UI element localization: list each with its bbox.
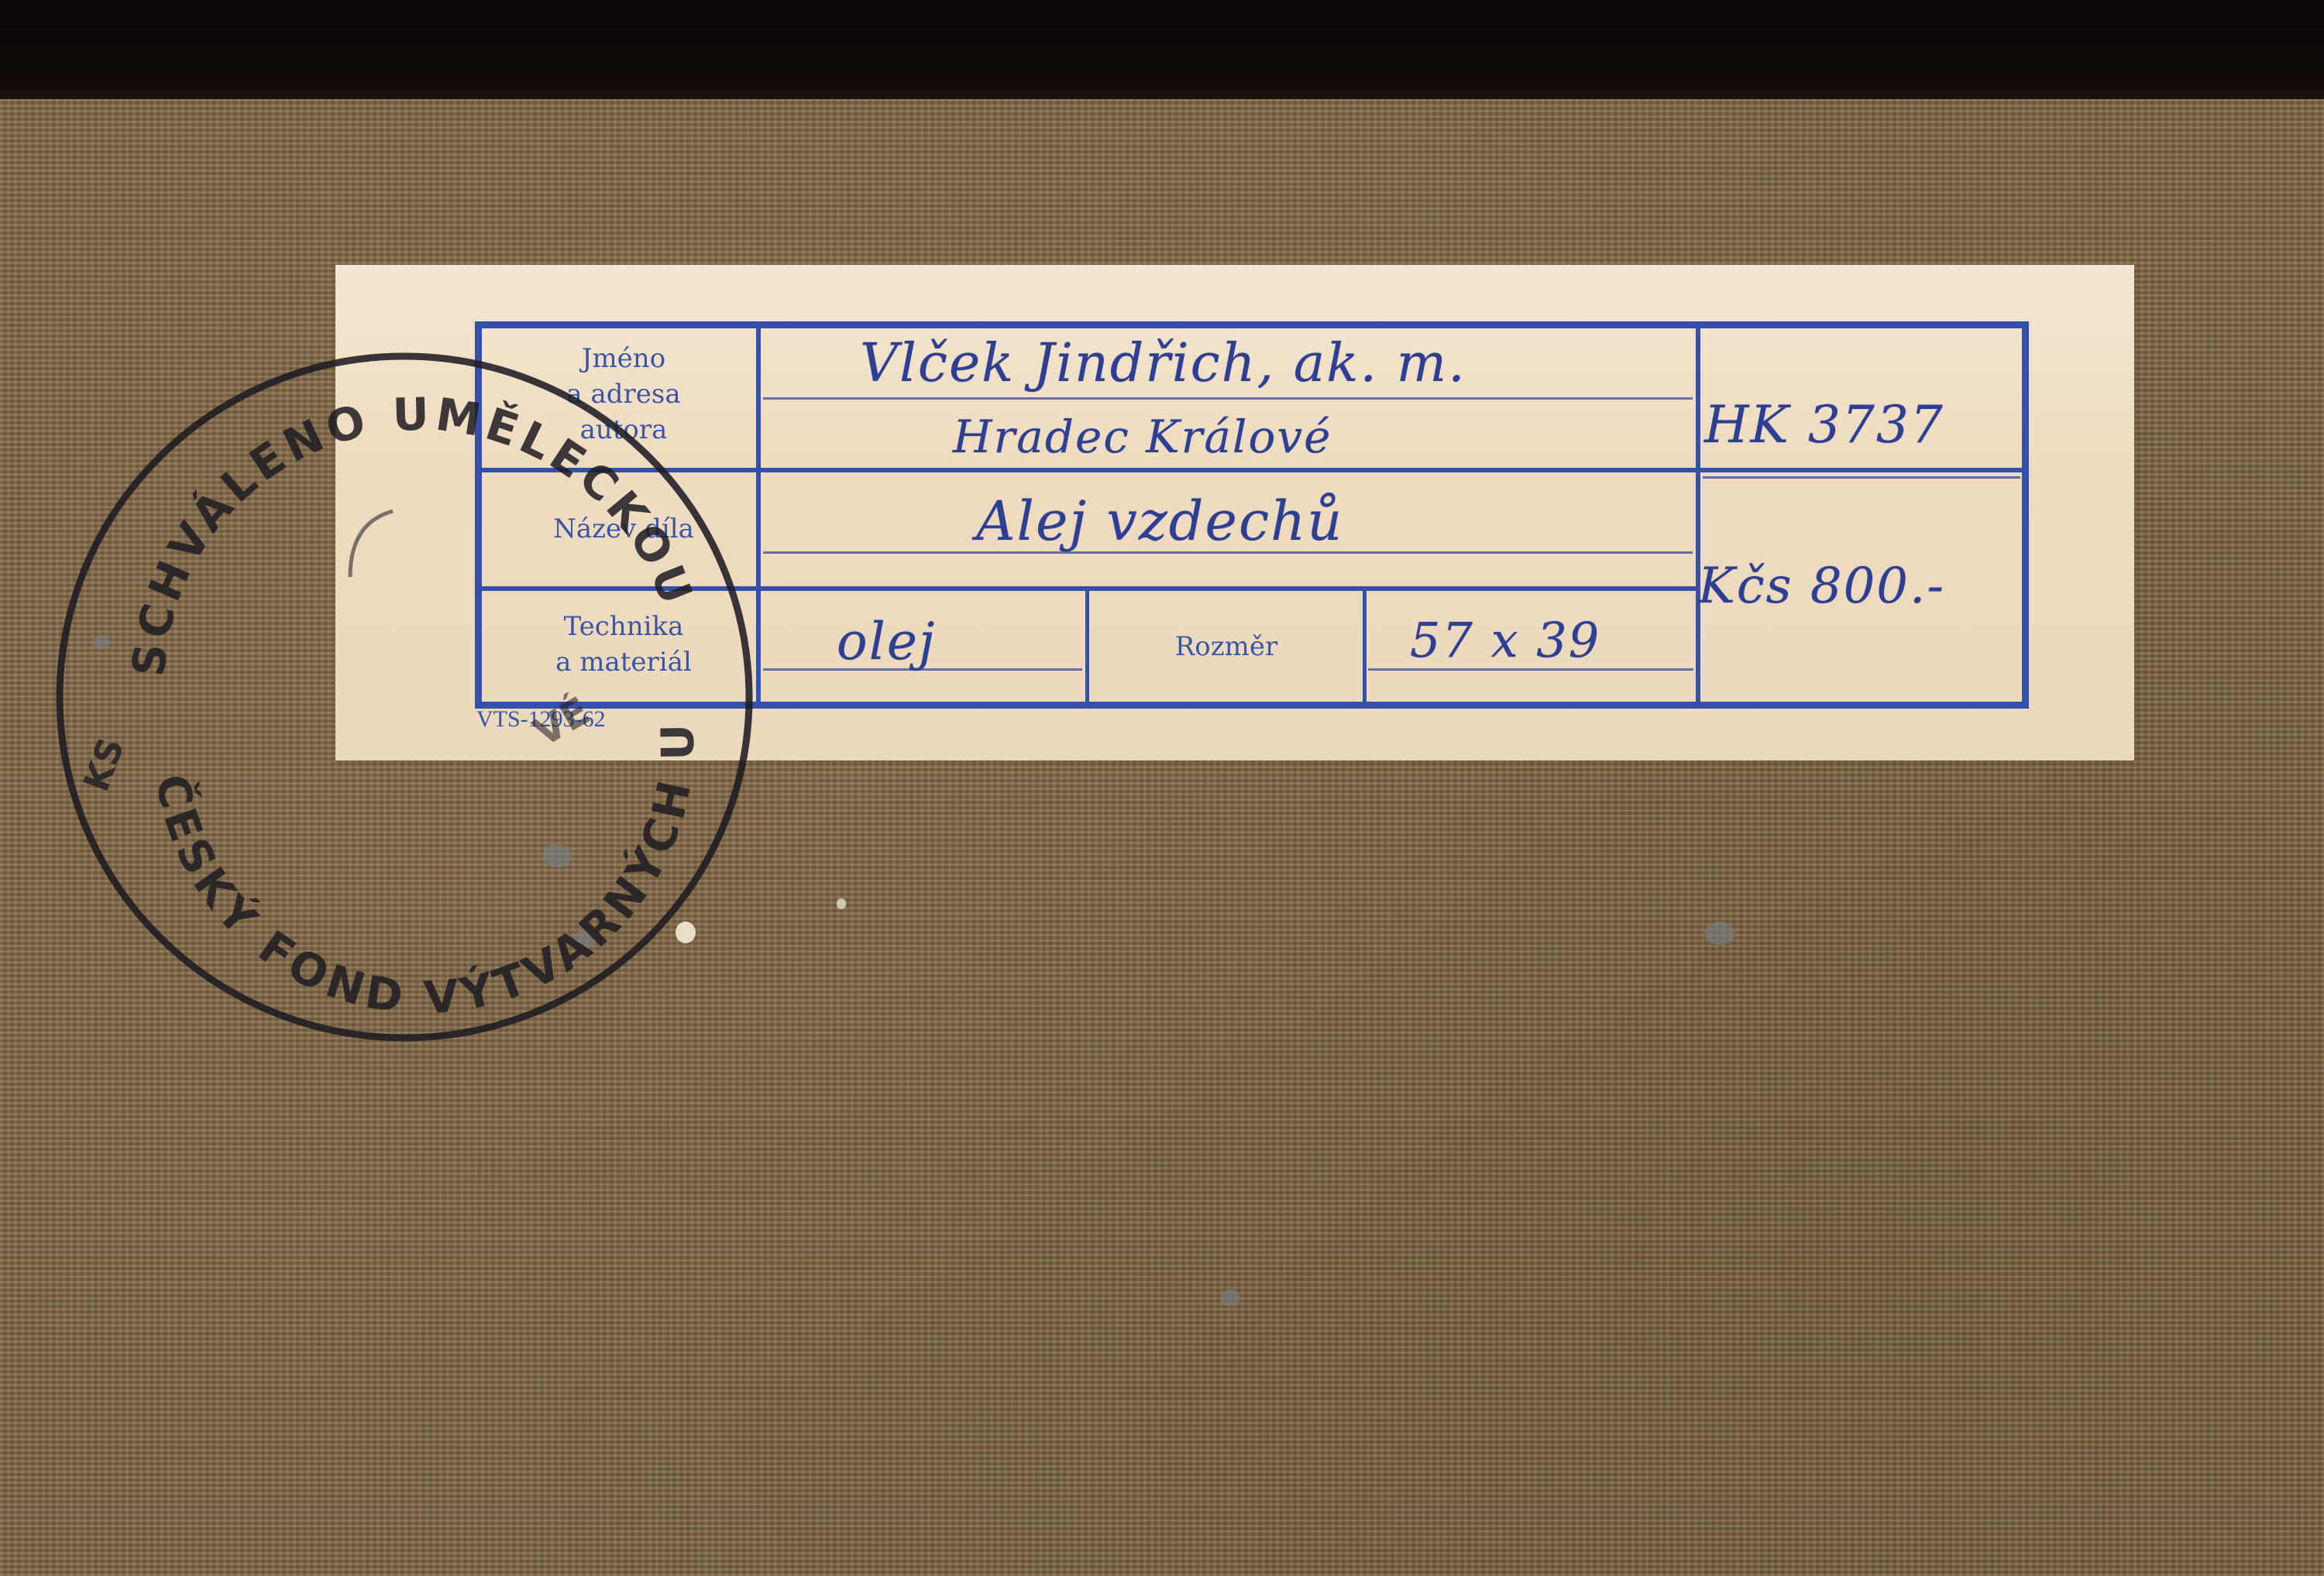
price-value: Kčs 800.- (1698, 558, 1945, 615)
paint-speck (1704, 922, 1735, 945)
writing-line (763, 397, 1693, 400)
paint-speck (1220, 1289, 1240, 1306)
row-rule (480, 586, 1698, 591)
technique-value: olej (837, 612, 936, 671)
divider (756, 325, 761, 705)
stretcher-edge (0, 0, 2324, 99)
canvas-back (0, 0, 2324, 1576)
title-value: Alej vzdechů (976, 489, 1343, 553)
paint-drop (676, 922, 696, 943)
row-rule (480, 468, 2022, 472)
writing-line (1703, 476, 2020, 479)
paint-speck (573, 929, 596, 948)
writing-line (1368, 668, 1693, 671)
dimensions-value: 57 x 39 (1410, 612, 1600, 668)
title-field-label: Název díla (496, 511, 751, 547)
author-field-label: Jméno a adresa autora (496, 341, 751, 448)
paint-speck (93, 635, 110, 649)
paint-speck (542, 844, 572, 867)
author-name-value: Vlček Jindřich, ak. m. (860, 333, 1466, 394)
paint-drop (837, 898, 846, 909)
dimensions-field-label: Rozměr (1091, 629, 1362, 664)
form-code: VTS-1293-62 (476, 706, 606, 733)
divider (1363, 590, 1367, 705)
divider (1696, 325, 1700, 705)
divider (1085, 590, 1089, 705)
catalog-number-value: HK 3737 (1704, 395, 1944, 455)
author-address-value: Hradec Králové (953, 410, 1332, 463)
technique-field-label: Technika a materiál (496, 609, 751, 680)
